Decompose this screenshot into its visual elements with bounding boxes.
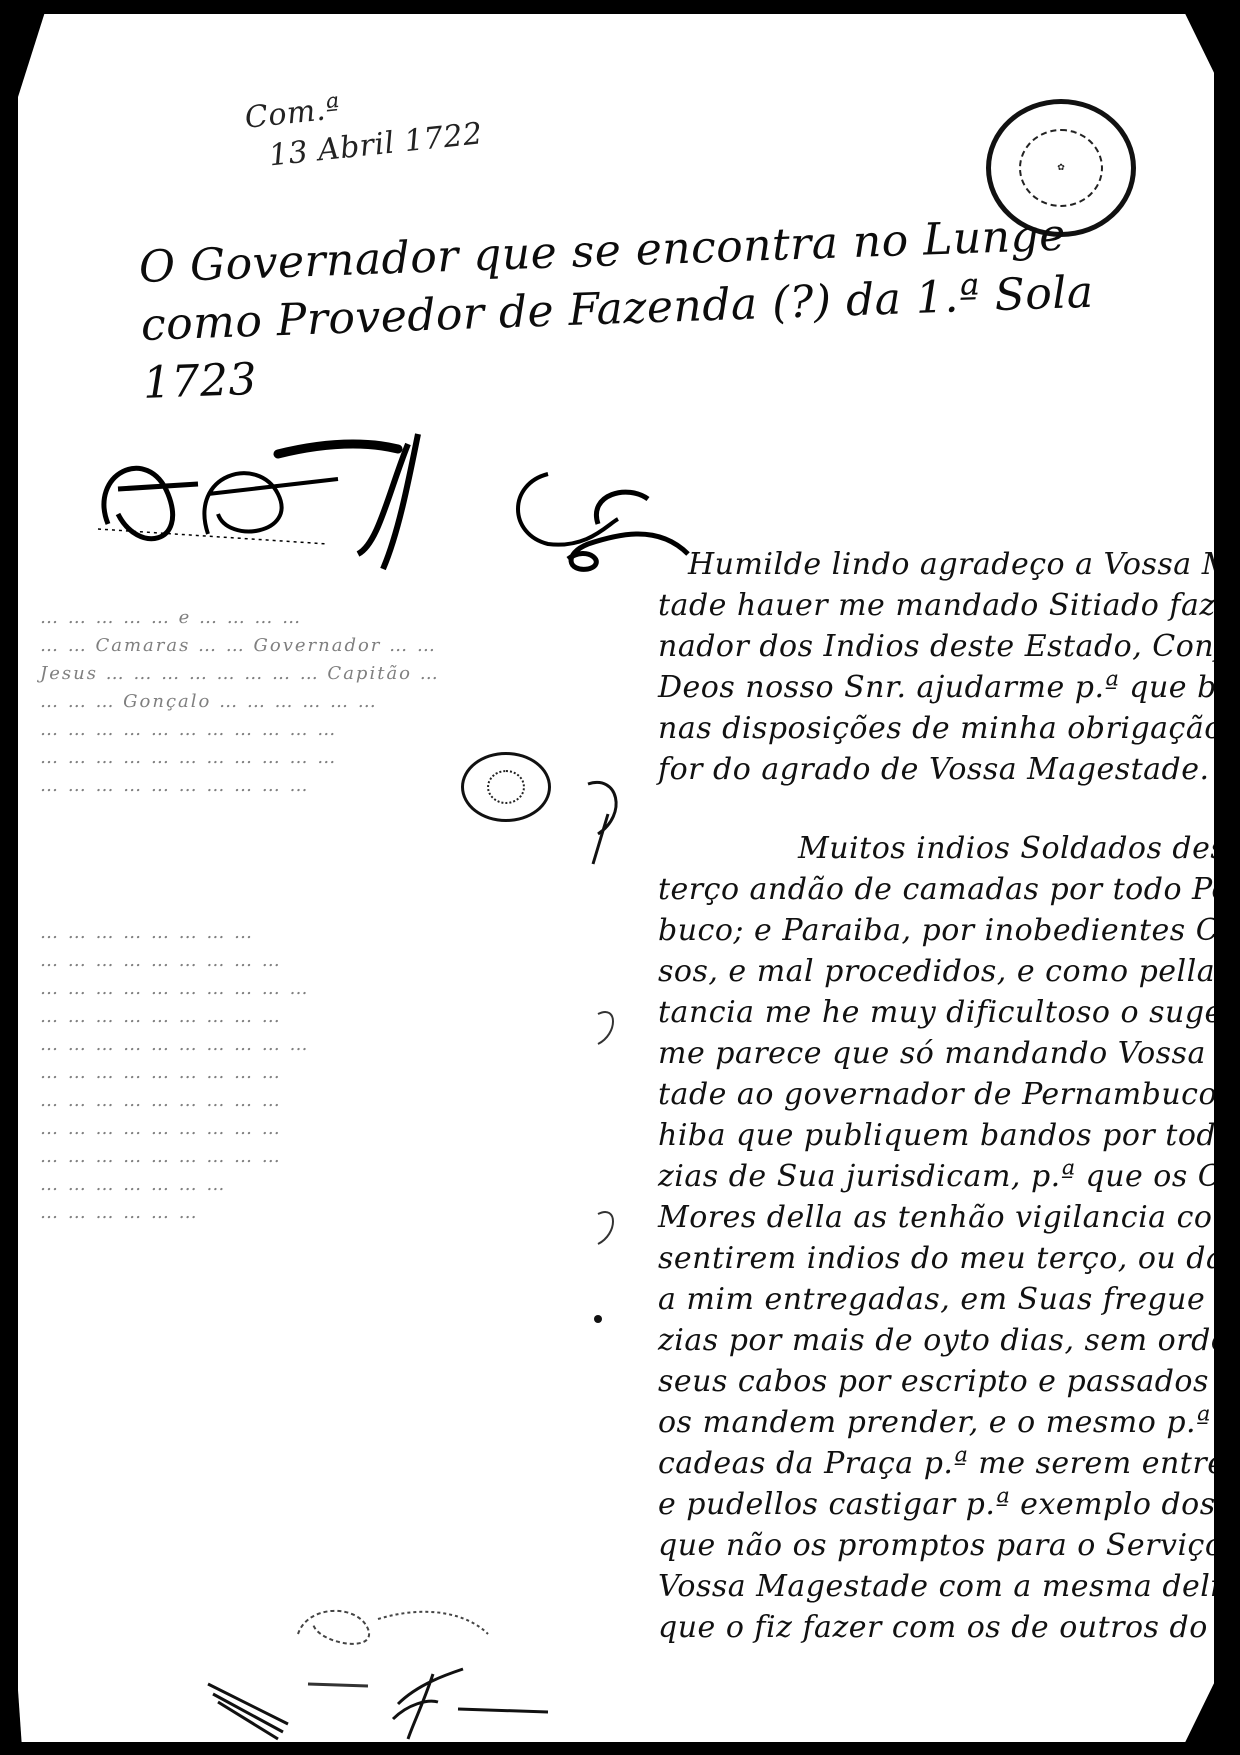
body-line: hiba que publiquem bandos por todas as f… <box>658 1115 1238 1156</box>
body-line: Humilde lindo agradeço a Vossa Mages <box>658 544 1238 585</box>
body-line: zias por mais de oyto dias, sem ordem de <box>658 1320 1238 1361</box>
body-line: e pudellos castigar p.ª exemplo dos outr… <box>658 1484 1238 1525</box>
body-line: os mandem prender, e o mesmo p.ª as <box>658 1402 1238 1443</box>
body-line: tancia me he muy dificultoso o sugeitall… <box>658 992 1238 1033</box>
body-line: seus cabos por escripto e passados estes <box>658 1361 1238 1402</box>
body-line: nas disposições de minha obrigação, Com … <box>658 708 1238 749</box>
body-line: sentirem indios do meu terço, ou daz ald… <box>658 1238 1238 1279</box>
seal-crown-icon <box>487 770 525 804</box>
body-line: nador dos Indios deste Estado, Confesso … <box>658 626 1238 667</box>
body-line: que o fiz fazer com os de outros do Paul… <box>658 1607 1238 1648</box>
margin-curl-marks-icon <box>578 774 638 1474</box>
summary-heading: O Governador que se encontra no Lunge co… <box>138 206 1097 413</box>
archival-date-note: Com.ª 13 Abril 1722 <box>243 74 485 178</box>
body-line: cadeas da Praça p.ª me serem entregues <box>658 1443 1238 1484</box>
body-line: a mim entregadas, em Suas fregue <box>658 1279 1238 1320</box>
body-line: Muitos indios Soldados deste <box>658 828 1238 869</box>
seal-emblem-icon: ✿ <box>1019 129 1103 207</box>
body-line: for do agrado de Vossa Magestade. <box>658 749 1238 790</box>
faded-signature-rubric-icon <box>198 1574 578 1744</box>
body-line: me parece que só mandando Vossa Mages <box>658 1033 1238 1074</box>
body-line: sos, e mal procedidos, e como pella dis <box>658 951 1238 992</box>
body-line: tade hauer me mandado Sitiado fazerme de… <box>658 585 1238 626</box>
faded-margin-block-2: … … … … … … … … … … … … … … … … … … … … … <box>40 919 640 1227</box>
body-line: Mores della as tenhão vigilancia com não… <box>658 1197 1238 1238</box>
body-line: Deos nosso Snr. ajudarme p.ª que bem ale… <box>658 667 1238 708</box>
archival-note-line1: Com.ª <box>243 91 342 136</box>
body-line: zias de Sua jurisdicam, p.ª que os Capit… <box>658 1156 1238 1197</box>
body-line: buco; e Paraiba, por inobedientes Crimin… <box>658 910 1238 951</box>
archive-seal-margin-stamp <box>461 752 551 822</box>
letter-body: Humilde lindo agradeço a Vossa Mages tad… <box>658 544 1238 1648</box>
salutation-flourish-icon <box>78 434 638 574</box>
body-line: terço andão de camadas por todo Pernam <box>658 869 1238 910</box>
body-line: Vossa Magestade com a mesma deligencia <box>658 1566 1238 1607</box>
body-line: tade ao governador de Pernambuco e Para <box>658 1074 1238 1115</box>
faded-margin-block-1: … … … … … e … … … … … … Camaras … … Gove… <box>40 604 640 800</box>
manuscript-page: Com.ª 13 Abril 1722 ✿ O Governador que s… <box>18 14 1214 1742</box>
body-line: que não os promptos para o Serviço de <box>658 1525 1238 1566</box>
